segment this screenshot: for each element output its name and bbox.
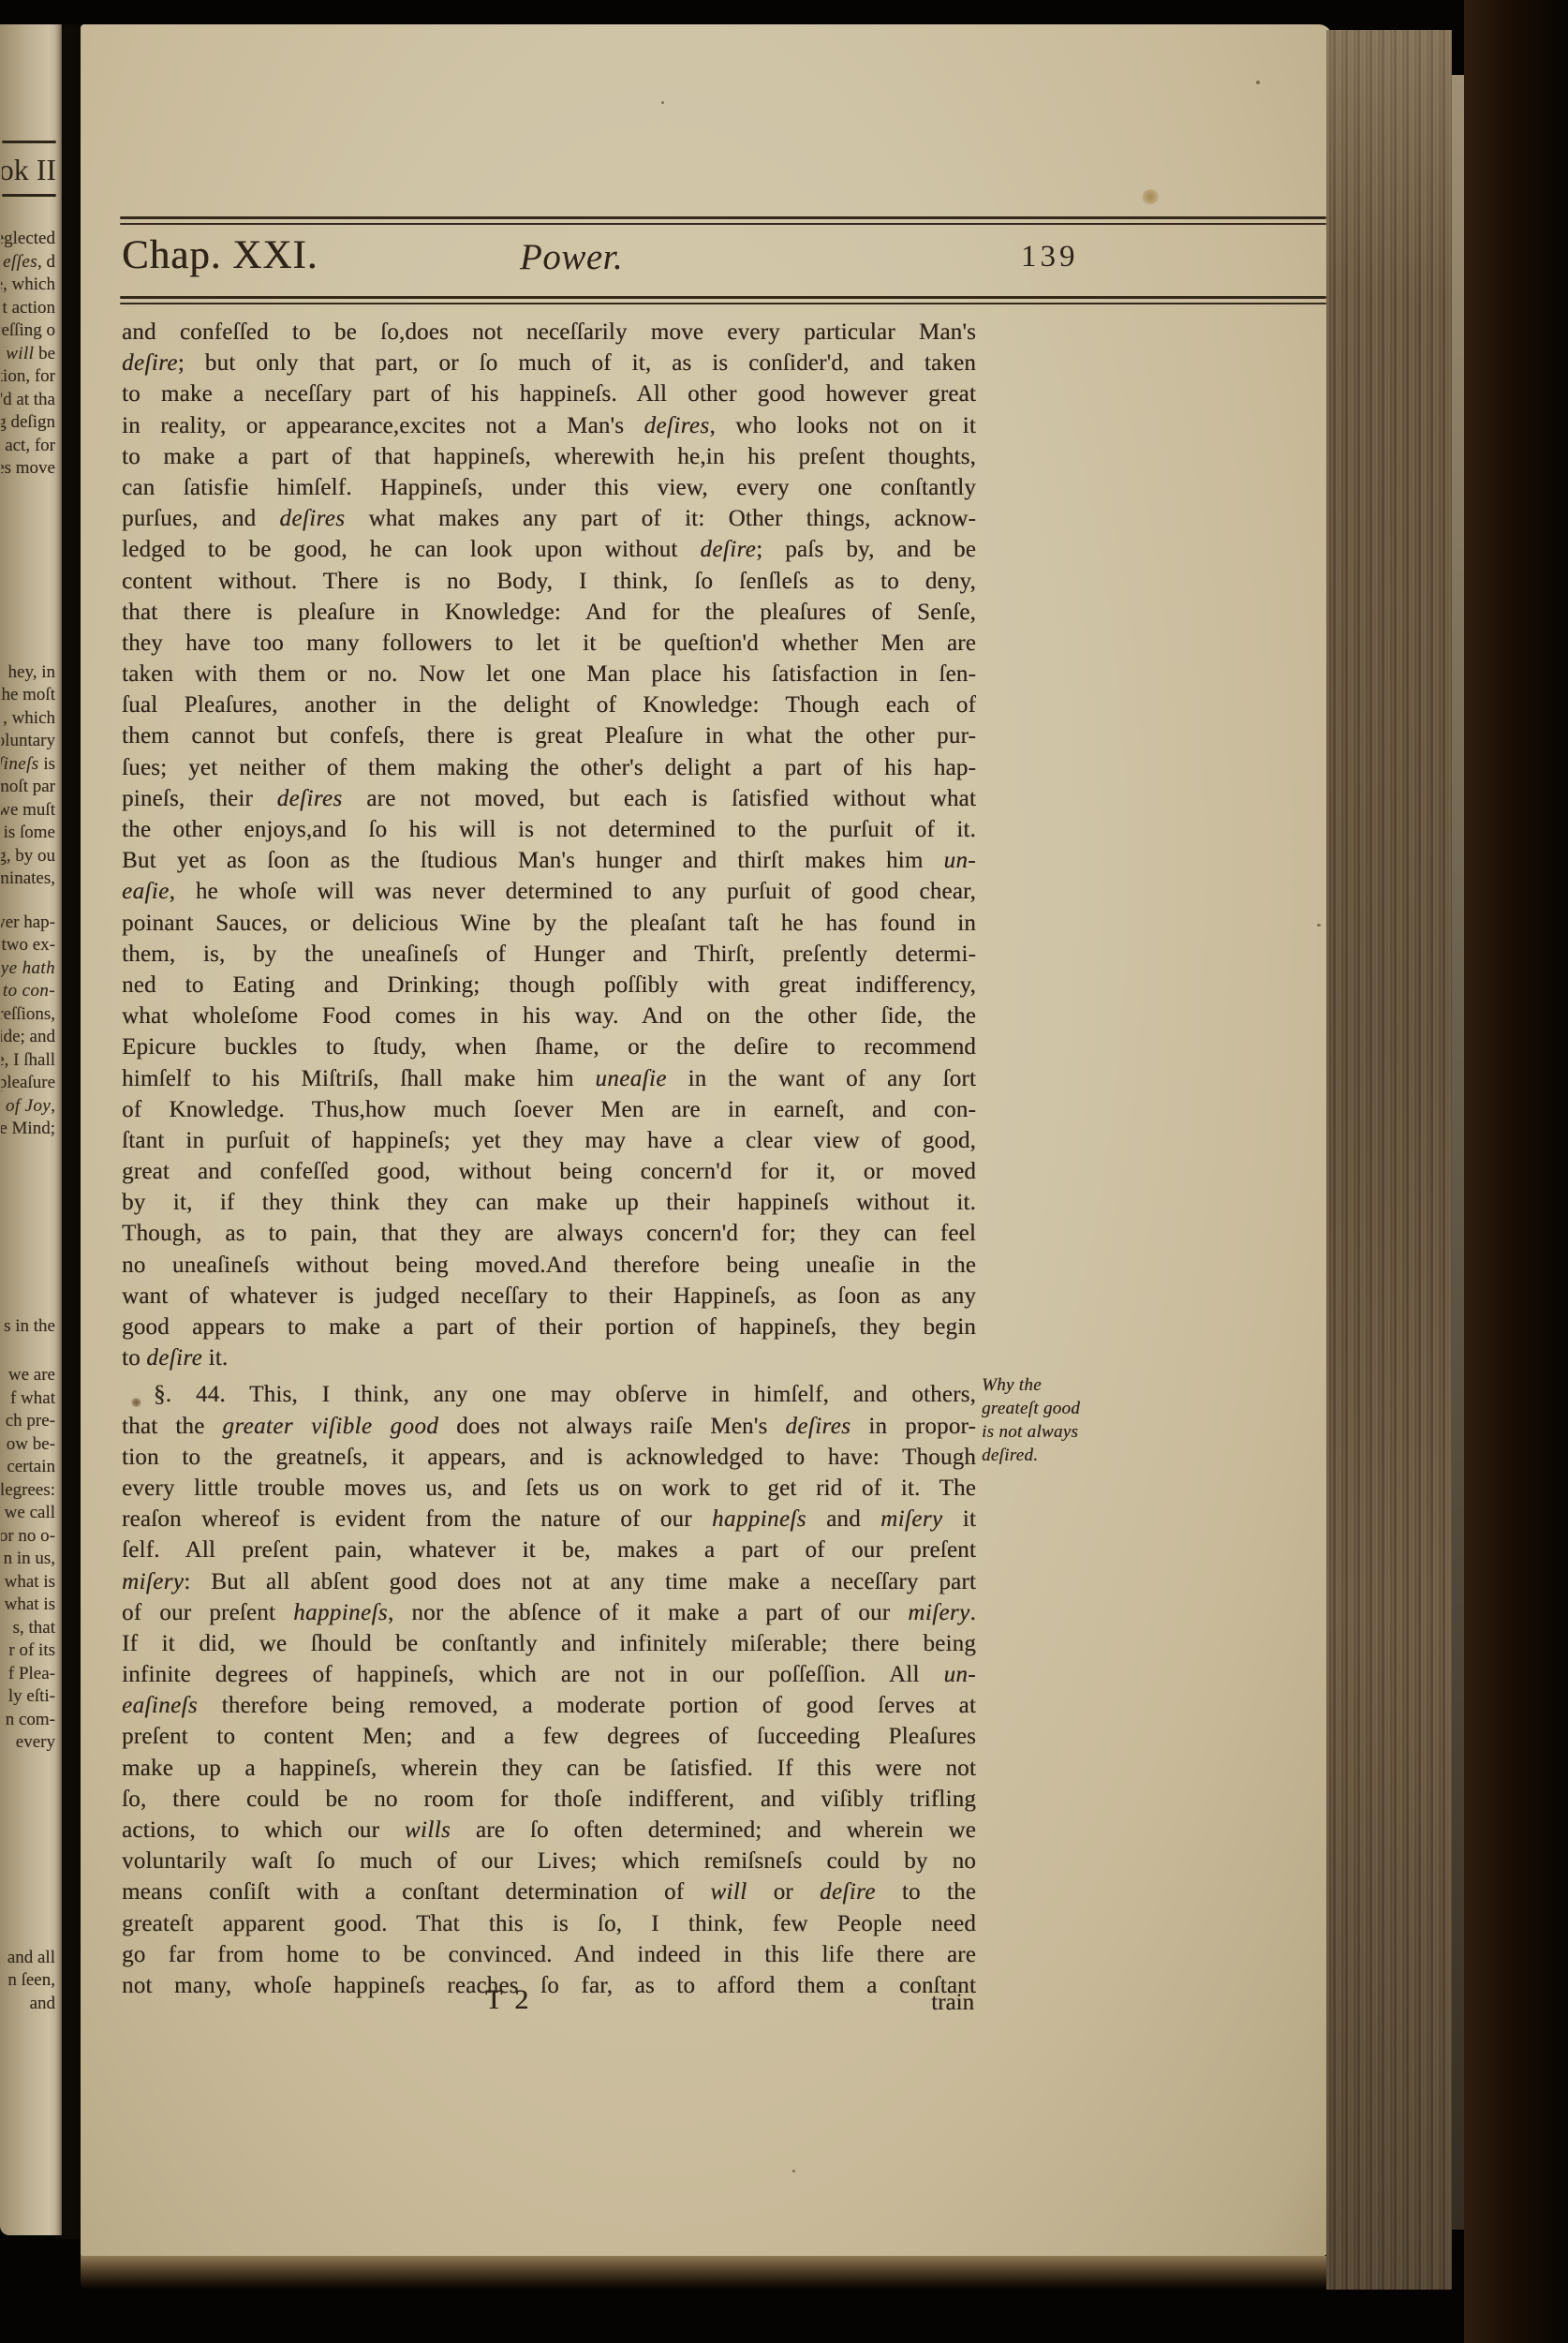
facing-page-text-fragments: eglectedeſſes, de, whicht actionreſſing … [1, 228, 55, 2015]
text-line: to make a part of that happineſs, wherew… [122, 441, 976, 472]
text-line: ned to Eating and Drinking; though poſſi… [122, 970, 976, 1001]
text-line: them, is, by the uneaſineſs of Hunger an… [122, 939, 976, 970]
text-fragment: ſſes move [1, 457, 55, 481]
text-line: Epicure buckles to ſtudy, when ſhame, or… [122, 1031, 976, 1062]
text-line: ſo, there could be no room for thoſe ind… [122, 1784, 976, 1815]
chapter-heading: Chap. XXI. [122, 232, 318, 278]
text-line: of Knowledge. Thus,how much ſoever Men a… [122, 1094, 976, 1125]
text-fragment: g deſign [1, 411, 55, 435]
double-rule-bottom-2 [120, 303, 1326, 304]
text-fragment: ill is ſome [1, 822, 55, 845]
paragraph-section-44: §. 44. This, I think, any one may obſerv… [122, 1379, 976, 2001]
text-fragment: ly eſti- [1, 1685, 55, 1709]
fragment-group: and alln ſeen,and [1, 1947, 55, 2016]
text-line: ſtant in purſuit of happineſs; yet they … [122, 1125, 976, 1156]
text-line: that there is pleaſure in Knowledge: And… [122, 597, 976, 628]
fragment-group: s in the [1, 1315, 55, 1339]
text-fragment: , which [1, 707, 55, 731]
text-line: greateſt apparent good. That this is ſo,… [122, 1908, 976, 1939]
text-line: ſual Pleaſures, another in the delight o… [122, 690, 976, 720]
text-line: good appears to make a part of their por… [122, 1312, 976, 1342]
text-fragment: o act, for [1, 435, 55, 458]
text-fragment: r of its [1, 1639, 55, 1663]
text-fragment: pleaſure [1, 1072, 55, 1095]
text-fragment: tion, for [1, 365, 55, 389]
speck [661, 101, 664, 104]
text-fragment: t Eye hath [1, 957, 55, 981]
text-fragment: e Mind; [1, 1118, 55, 1141]
text-line: Why the [982, 1373, 1146, 1397]
text-fragment: every [1, 1731, 55, 1755]
page-number: 139 [1021, 240, 1079, 274]
text-fragment: rminates, [1, 868, 55, 891]
margin-note: Why thegreateſt goodis not alwaysdeſired… [982, 1373, 1146, 1467]
page-header: Chap. XXI. Power. 139 [120, 216, 1326, 304]
text-fragment: hey, in [1, 661, 55, 685]
text-fragment: oluntary [1, 730, 55, 753]
text-fragment: e, which [1, 274, 55, 297]
text-line: himſelf to his Miſtriſs, ſhall make him … [122, 1063, 976, 1094]
text-fragment: what is [1, 1571, 55, 1594]
text-line: content without. There is no Body, I thi… [122, 566, 976, 597]
text-line: actions, to which our wills are ſo often… [122, 1815, 976, 1846]
text-fragment: and [1, 1993, 55, 2016]
text-fragment: fide; and [1, 1026, 55, 1049]
text-line: to make a neceſſary part of his happineſ… [122, 378, 976, 409]
text-line: Though, as to pain, that they are always… [122, 1218, 976, 1249]
text-fragment: we muſt [1, 799, 55, 823]
fragment-group: wer hap-f two ex-t Eye hathMan to con-pr… [1, 912, 55, 1141]
text-line: what wholeſome Food comes in his way. An… [122, 1001, 976, 1031]
fragment-group: we aref whatch pre-ow be-certainlegrees:… [1, 1364, 55, 1755]
text-line: pineſs, their deſires are not moved, but… [122, 783, 976, 814]
text-fragment: Man to con- [1, 980, 55, 1003]
text-fragment: f Plea- [1, 1663, 55, 1686]
text-line: go far from home to be convinced. And in… [122, 1939, 976, 1970]
text-line: can ſatisfie himſelf. Happineſs, under t… [122, 472, 976, 503]
text-line: means conſiſt with a conſtant determinat… [122, 1876, 976, 1907]
book-fore-edge [1326, 30, 1452, 2290]
text-line: §. 44. This, I think, any one may obſerv… [122, 1379, 976, 1410]
text-fragment: what is [1, 1594, 55, 1617]
book-cover-edge [1464, 0, 1568, 2343]
speck [1317, 924, 1321, 927]
book-photo: ok II eglectedeſſes, de, whicht actionre… [0, 0, 1568, 2343]
facing-running-title-fragment: ok II [2, 149, 56, 190]
text-fragment: or no o- [1, 1525, 55, 1549]
text-fragment: certain [1, 1456, 55, 1479]
text-line: But yet as ſoon as the ſtudious Man's hu… [122, 845, 976, 876]
text-line: taken with them or no. Now let one Man p… [122, 659, 976, 690]
text-line: reaſon whereof is evident from the natur… [122, 1504, 976, 1535]
text-fragment: n ſeen, [1, 1969, 55, 1993]
text-line: that the greater viſible good does not a… [122, 1411, 976, 1442]
text-line: the other enjoys,and ſo his will is not … [122, 814, 976, 845]
fragment-group: hey, inthe moſt, whicholuntaryeaſineſs i… [1, 661, 55, 891]
facing-page-header: ok II [2, 141, 56, 197]
text-line: deſire; but only that part, or ſo much o… [122, 348, 976, 378]
text-fragment: ch pre- [1, 1410, 55, 1433]
text-line: of our preſent happineſs, nor the abſenc… [122, 1597, 976, 1628]
text-column: and confeſſed to be ſo,does not neceſſar… [122, 317, 976, 2001]
text-fragment: n com- [1, 1709, 55, 1732]
text-line: no uneaſineſs without being moved.And th… [122, 1250, 976, 1281]
text-fragment: f two ex- [1, 934, 55, 957]
text-line: If it did, we ſhould be conſtantly and i… [122, 1628, 976, 1659]
text-line: them cannot but confeſs, there is great … [122, 720, 976, 751]
text-fragment: wer hap- [1, 912, 55, 935]
text-line: preſent to content Men; and a few degree… [122, 1721, 976, 1752]
catchword: train [931, 1990, 974, 2016]
speck [792, 2170, 795, 2172]
text-fragment: 'd at tha [1, 389, 55, 412]
text-fragment: eglected [1, 228, 55, 251]
speck [1256, 81, 1260, 84]
text-line: want of whatever is judged neceſſary to … [122, 1281, 976, 1312]
facing-header-rule-bottom [2, 194, 56, 197]
header-row: Chap. XXI. Power. 139 [120, 230, 1326, 290]
text-line: purſues, and deſires what makes any part… [122, 503, 976, 534]
text-line: deſired. [982, 1444, 1146, 1467]
text-line: they have too many followers to let it b… [122, 628, 976, 659]
text-fragment: ow be- [1, 1433, 55, 1457]
text-fragment: t action [1, 297, 55, 320]
text-line: and confeſſed to be ſo,does not neceſſar… [122, 317, 976, 348]
text-fragment: reſſing o [1, 319, 55, 343]
text-line: in reality, or appearance,excites not a … [122, 410, 976, 441]
fragment-group: eglectedeſſes, de, whicht actionreſſing … [1, 228, 55, 481]
text-fragment: ſs of Joy, [1, 1095, 55, 1119]
book-page: Chap. XXI. Power. 139 and confeſſed to b… [81, 24, 1332, 2258]
paragraph-continuation: and confeſſed to be ſo,does not neceſſar… [122, 317, 976, 1373]
text-line: ſelf. All preſent pain, whatever it be, … [122, 1535, 976, 1565]
page-footer: T 2 train [122, 1984, 976, 2025]
facing-page-edge: ok II eglectedeſſes, de, whicht actionre… [0, 24, 62, 2235]
text-line: ſues; yet neither of them making the oth… [122, 752, 976, 783]
text-fragment: eſſes, d [1, 251, 55, 274]
text-line: ledged to be good, he can look upon with… [122, 534, 976, 565]
text-fragment: g, by ou [1, 845, 55, 868]
text-fragment: e will be [1, 343, 55, 366]
text-line: voluntarily waſt ſo much of our Lives; w… [122, 1846, 976, 1876]
text-fragment: moſt par [1, 776, 55, 799]
text-fragment: we are [1, 1364, 55, 1387]
text-fragment: e, I ſhall [1, 1049, 55, 1073]
text-line: make up a happineſs, wherein they can be… [122, 1753, 976, 1784]
text-line: poinant Sauces, or delicious Wine by the… [122, 908, 976, 939]
text-line: eaſie, he whoſe will was never determine… [122, 876, 976, 907]
text-line: is not always [982, 1420, 1146, 1444]
signature-mark: T 2 [485, 1984, 531, 2016]
text-fragment: and all [1, 1947, 55, 1970]
text-line: eaſineſs therefore being removed, a mode… [122, 1690, 976, 1721]
text-fragment: s, that [1, 1617, 55, 1640]
text-line: infinite degrees of happineſs, which are… [122, 1659, 976, 1690]
text-fragment: n in us, [1, 1548, 55, 1571]
text-line: great and confeſſed good, without being … [122, 1156, 976, 1187]
text-fragment: s in the [1, 1315, 55, 1339]
facing-header-rule-top [2, 141, 56, 143]
text-fragment: preſſions, [1, 1003, 55, 1027]
fore-edge-highlight [1452, 75, 1464, 2230]
text-fragment: eaſineſs is [1, 753, 55, 777]
double-rule-top-2 [120, 223, 1326, 225]
text-line: by it, if they think they can make up th… [122, 1187, 976, 1218]
page-bottom-edge [81, 2256, 1332, 2290]
double-rule-bottom [120, 296, 1326, 299]
text-fragment: we call [1, 1502, 55, 1525]
text-fragment: legrees: [1, 1479, 55, 1503]
text-line: every little trouble moves us, and ſets … [122, 1473, 976, 1504]
text-line: greateſt good [982, 1397, 1146, 1420]
text-line: tion to the greatneſs, it appears, and i… [122, 1442, 976, 1473]
running-title: Power. [520, 236, 623, 278]
text-line: miſery: But all abſent good does not at … [122, 1566, 976, 1597]
text-fragment: f what [1, 1387, 55, 1411]
stain-spot [1141, 189, 1160, 204]
text-line: to deſire it. [122, 1342, 976, 1373]
double-rule-top [120, 216, 1326, 219]
text-fragment: the moſt [1, 684, 55, 707]
